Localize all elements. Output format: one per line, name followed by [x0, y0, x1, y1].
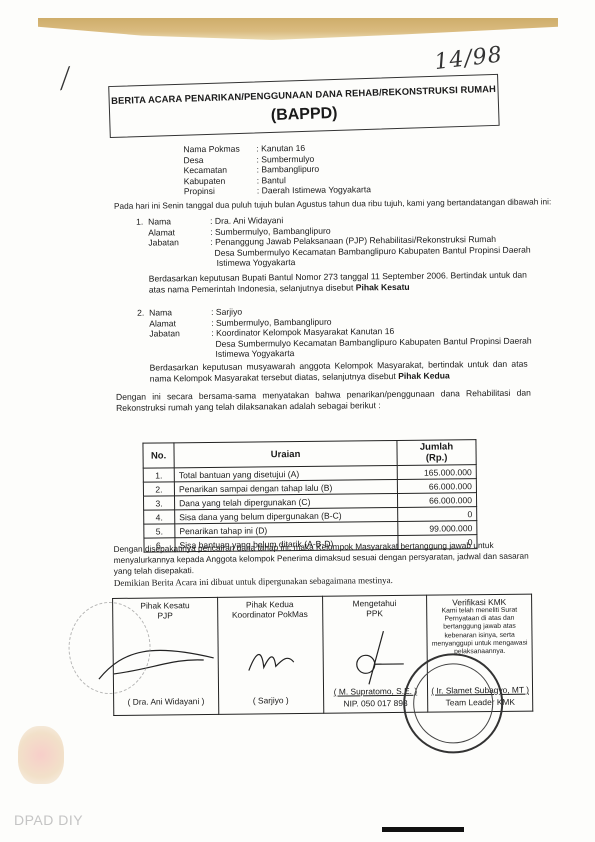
closing-text: Dengan disepakatinya pencairan dana taha… — [113, 540, 533, 577]
pokmas-info: Nama Pokmas: Kanutan 16 Desa: Sumbermuly… — [183, 142, 371, 197]
party1-number: 1. — [136, 217, 143, 228]
party2-number: 2. — [137, 308, 144, 319]
pokmas-row: Propinsi: Daerah Istimewa Yogyakarta — [184, 185, 371, 198]
signature-pihak-kedua: Pihak Kedua Koordinator PokMas ( Sarjiyo… — [217, 596, 323, 714]
intro-text: Pada hari ini Senin tanggal dua puluh tu… — [114, 196, 554, 212]
faded-stamp-icon — [68, 602, 151, 695]
document-abbreviation: (BAPPD) — [110, 100, 498, 130]
party1-info: 1. Nama: Dra. Ani Widayani Alamat: Sumbe… — [136, 213, 531, 270]
party2-info: 2. Nama: Sarjiyo Alamat: Sumbermulyo, Ba… — [137, 304, 532, 361]
party2-basis: Berdasarkan keputusan musyawarah anggota… — [150, 359, 528, 385]
signature-icon — [243, 642, 303, 678]
document-body: ⟋ 14/98 BERITA ACARA PENARIKAN/PENGGUNAA… — [0, 0, 595, 842]
handwritten-number: 14/98 — [433, 42, 504, 75]
col-no: No. — [143, 443, 174, 468]
statement-text: Dengan ini secara bersama-sama menyataka… — [116, 388, 531, 414]
party1-basis: Berdasarkan keputusan Bupati Bantul Nomo… — [149, 270, 529, 296]
official-stamp-icon — [403, 653, 504, 754]
col-uraian: Uraian — [174, 440, 397, 467]
signature-icon — [343, 626, 414, 687]
title-box: BERITA ACARA PENARIKAN/PENGGUNAAN DANA R… — [108, 74, 499, 138]
col-jumlah: Jumlah(Rp.) — [397, 440, 476, 466]
scanned-page: DPAD DIY ⟋ 14/98 BERITA ACARA PENARIKAN/… — [0, 0, 595, 842]
margin-check-mark-icon: ⟋ — [52, 62, 80, 97]
funds-table: No. Uraian Jumlah(Rp.) 1.Total bantuan y… — [142, 439, 477, 552]
